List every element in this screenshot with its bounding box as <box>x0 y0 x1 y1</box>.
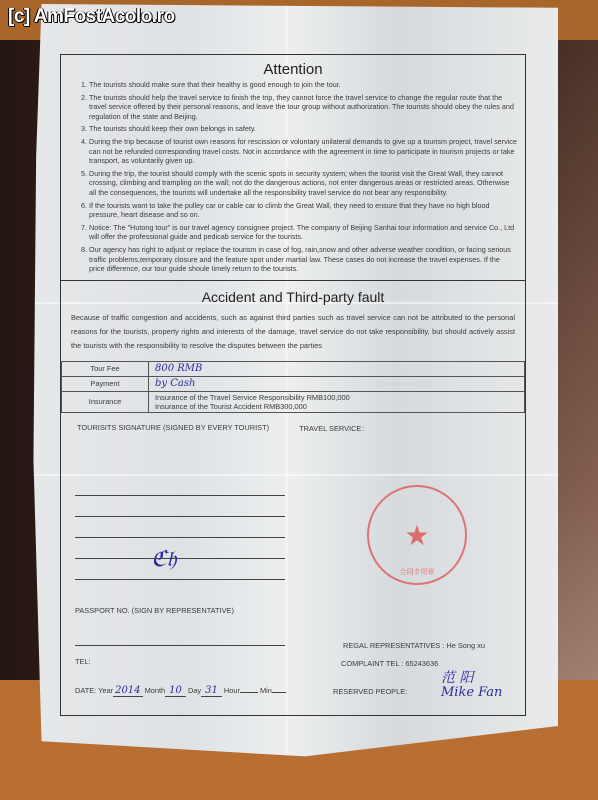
signature-line[interactable] <box>75 537 285 538</box>
payment-label: Payment <box>62 376 149 391</box>
tour-fee-value[interactable]: 800 RMB <box>155 363 202 374</box>
month-value[interactable]: 10 <box>165 685 186 697</box>
payment-value[interactable]: by Cash <box>155 378 195 389</box>
date-row: DATE: Year2014 Month10 Day31 Hour Min <box>75 685 286 696</box>
signature-lines <box>75 495 285 580</box>
date-label: DATE: Year <box>75 686 113 695</box>
tourists-signature-label: TOURISITS SIGNATURE (SIGNED BY EVERY TOU… <box>77 423 269 434</box>
reserved-people-label: RESERVED PEOPLE: <box>333 687 407 696</box>
tourist-signature: ℭ𝔥 <box>151 547 176 572</box>
year-value[interactable]: 2014 <box>113 685 142 697</box>
rule-item: The tourists should help the travel serv… <box>89 93 517 122</box>
table-row: Payment by Cash <box>62 376 525 391</box>
rules-list: The tourists should make sure that their… <box>61 80 525 274</box>
section-divider <box>61 280 525 281</box>
attention-title: Attention <box>61 61 525 78</box>
rule-item: Our agency has right to adjust or replac… <box>89 245 517 274</box>
watermark: [c] AmFostAcolo.ro <box>8 6 175 28</box>
signature-line[interactable] <box>75 516 285 517</box>
day-label: Day <box>188 686 201 695</box>
document-paper: Attention The tourists should make sure … <box>20 4 558 764</box>
passport-line[interactable] <box>75 645 285 646</box>
accident-title: Accident and Third-party fault <box>61 289 525 305</box>
hour-field[interactable] <box>240 692 258 693</box>
fees-table: Tour Fee 800 RMB Payment by Cash Insuran… <box>61 361 525 413</box>
accident-body: Because of traffic congestion and accide… <box>61 311 525 353</box>
rule-item: The tourists should keep their own belon… <box>89 124 517 134</box>
passport-label: PASSPORT NO. (SIGN BY REPRESENTATIVE) <box>75 606 234 615</box>
rule-item: If the tourists want to take the pulley … <box>89 201 517 220</box>
agreement-form: Attention The tourists should make sure … <box>60 54 526 716</box>
star-icon: ★ <box>404 519 429 552</box>
rule-item: During the trip, the tourist should comp… <box>89 169 517 198</box>
insurance-label: Insurance <box>62 391 149 412</box>
complaint-tel: COMPLAINT TEL : 65243636 <box>341 659 438 668</box>
signature-line[interactable] <box>75 579 285 580</box>
insurance-line-2: Insurance of the Tourist Accident RMB300… <box>155 402 518 411</box>
regal-representatives: REGAL REPRESENTATIVES : He Song xu <box>343 641 485 650</box>
reserved-people-chinese-signature: 范 阳 <box>441 667 473 687</box>
travel-service-label: TRAVEL SERVICE： <box>299 423 369 434</box>
min-field[interactable] <box>272 692 286 693</box>
rule-item: The tourists should make sure that their… <box>89 80 517 90</box>
signature-line[interactable] <box>75 495 285 496</box>
tour-fee-label: Tour Fee <box>62 361 149 376</box>
tel-label: TEL: <box>75 657 91 666</box>
insurance-line-1: Insurance of the Travel Service Responsi… <box>155 393 518 402</box>
table-row: Insurance Insurance of the Travel Servic… <box>62 391 525 412</box>
signature-header: TOURISITS SIGNATURE (SIGNED BY EVERY TOU… <box>77 423 525 434</box>
reserved-people-value: Mike Fan <box>441 685 502 700</box>
rule-item: Notice: The "Hutong tour" is our travel … <box>89 223 517 242</box>
rule-item: During the trip because of tourist own r… <box>89 137 517 166</box>
hour-label: Hour <box>224 686 240 695</box>
table-row: Tour Fee 800 RMB <box>62 361 525 376</box>
min-label: Min <box>260 686 272 695</box>
month-label: Month <box>145 686 166 695</box>
day-value[interactable]: 31 <box>201 685 222 697</box>
stamp-text: 合同专用章 <box>377 567 457 577</box>
signature-line[interactable] <box>75 558 285 559</box>
